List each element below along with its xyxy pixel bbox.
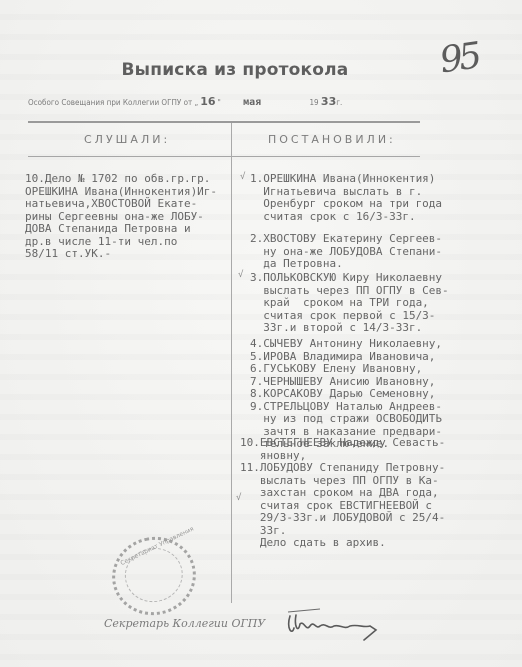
decision-line: 6.ГУСЬКОВУ Елену Ивановну, bbox=[250, 363, 442, 376]
decision-item: 4.СЫЧЕВУ Антонину Николаевну,5.ИРОВА Вла… bbox=[250, 338, 442, 451]
decision-line: захстан сроком на ДВА года, bbox=[240, 487, 445, 500]
heard-line: натьевича,ХВОСТОВОЙ Екате- bbox=[25, 198, 217, 211]
official-stamp: Секретариат Управления bbox=[105, 529, 203, 623]
decision-item: 10.ЕВСТЕГНЕЕВУ Надежду Севасть- яновну,1… bbox=[240, 437, 445, 550]
meta-century: 19 bbox=[309, 98, 318, 107]
stamp-inner-ring bbox=[120, 543, 188, 608]
meta-prefix: Особого Совещания при Коллегии ОГПУ от bbox=[28, 98, 192, 107]
decision-line: Дело сдать в архив. bbox=[240, 537, 445, 550]
column-heard-heading: СЛУШАЛИ: bbox=[84, 133, 170, 146]
decision-line: ну из под стражи ОСВОБОДИТЬ bbox=[250, 413, 442, 426]
decision-line: 8.КОРСАКОВУ Дарью Семеновну, bbox=[250, 388, 442, 401]
check-mark-icon: √ bbox=[236, 493, 241, 503]
document-page: 95 Выписка из протокола Особого Совещани… bbox=[0, 0, 522, 667]
open-quote: „ bbox=[194, 98, 198, 107]
decision-line: считая срок с 16/3-33г. bbox=[250, 211, 442, 224]
decision-line: край сроком на ТРИ года, bbox=[250, 297, 449, 310]
close-quote: " bbox=[218, 98, 221, 107]
column-divider bbox=[231, 123, 232, 603]
secretary-label: Секретарь Коллегии ОГПУ bbox=[104, 617, 265, 630]
heard-line: 58/11 ст.УК.- bbox=[25, 248, 217, 261]
header-rule bbox=[28, 121, 420, 123]
column-rule bbox=[28, 156, 420, 157]
signature-icon bbox=[280, 606, 390, 646]
check-mark-icon: √ bbox=[238, 270, 243, 280]
heard-text: 10.Дело № 1702 по обв.гр.гр.ОРЕШКИНА Ива… bbox=[25, 173, 217, 261]
meta-year-suffix: г. bbox=[336, 98, 342, 107]
meta-year: 33 bbox=[321, 95, 336, 108]
decision-line: 1.ОРЕШКИНА Ивана(Иннокентия) bbox=[250, 173, 442, 186]
decision-line: 2.ХВОСТОВУ Екатерину Сергеев- bbox=[250, 233, 442, 246]
decision-line: 33г.и второй с 14/3-33г. bbox=[250, 322, 449, 335]
decision-line: 10.ЕВСТЕГНЕЕВУ Надежду Севасть- bbox=[240, 437, 445, 450]
meta-month: мая bbox=[243, 97, 261, 108]
decision-item: 1.ОРЕШКИНА Ивана(Иннокентия) Игнатьевича… bbox=[250, 173, 442, 223]
decision-line: 4.СЫЧЕВУ Антонину Николаевну, bbox=[250, 338, 442, 351]
decision-line: Оренбург сроком на три года bbox=[250, 198, 442, 211]
document-title: Выписка из протокола bbox=[0, 60, 470, 80]
decision-line: 11.ЛОБУДОВУ Степаниду Петровну- bbox=[240, 462, 445, 475]
protocol-meta: Особого Совещания при Коллегии ОГПУ от „… bbox=[28, 95, 428, 108]
decision-item: 3.ПОЛЬКОВСКУЮ Киру Николаевну выслать че… bbox=[250, 272, 449, 335]
check-mark-icon: √ bbox=[240, 172, 245, 182]
decision-item: 2.ХВОСТОВУ Екатерину Сергеев- ну она-же … bbox=[250, 233, 442, 271]
heard-line: ДОВА Степанида Петровна и bbox=[25, 223, 217, 236]
column-decided-heading: ПОСТАНОВИЛИ: bbox=[268, 133, 396, 146]
heard-line: 10.Дело № 1702 по обв.гр.гр. bbox=[25, 173, 217, 186]
decision-line: 29/3-33г.и ЛОБУДОВОЙ с 25/4- bbox=[240, 512, 445, 525]
meta-day: 16 bbox=[200, 95, 215, 108]
decision-line: да Петровна. bbox=[250, 258, 442, 271]
decision-line: 3.ПОЛЬКОВСКУЮ Киру Николаевну bbox=[250, 272, 449, 285]
